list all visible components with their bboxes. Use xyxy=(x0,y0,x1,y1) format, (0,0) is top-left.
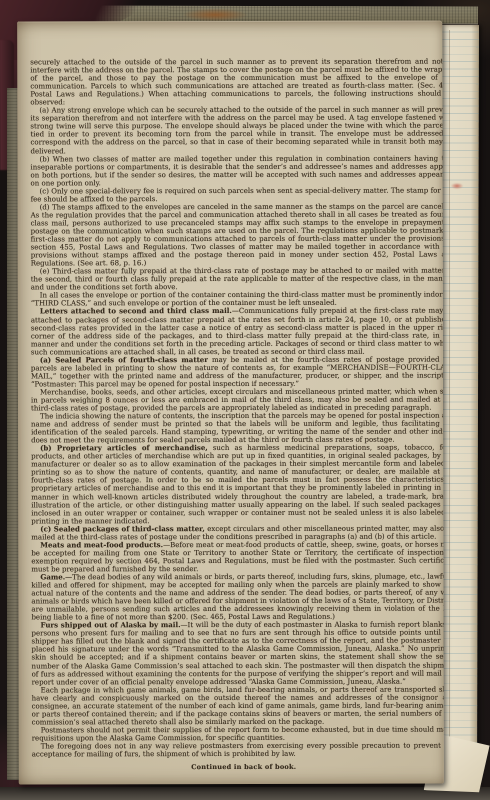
paragraph: securely attached to the outside of the … xyxy=(30,58,444,107)
paragraph: (a) Sealed Parcels of fourth-class matte… xyxy=(31,355,444,388)
paragraph: (b) Proprietary articles of merchandise,… xyxy=(31,444,444,525)
paragraph-lead: (a) Sealed Parcels of fourth-class matte… xyxy=(40,355,208,364)
paragraph: (c) Sealed packages of third-class matte… xyxy=(31,524,444,541)
paragraph-body: The indicia showing the nature of conten… xyxy=(31,412,444,445)
paragraph: The indicia showing the nature of conten… xyxy=(31,412,444,445)
paragraph: (b) When two classes of matter are maile… xyxy=(30,154,443,187)
paragraph: Merchandise, books, seeds, and other art… xyxy=(31,387,444,412)
paragraph: Letters attached to second and third cla… xyxy=(31,307,444,356)
page-text: securely attached to the outside of the … xyxy=(30,58,444,772)
paragraph: In all cases the envelope or portion of … xyxy=(31,291,444,308)
paragraph-body: (d) The stamps affixed to the envelopes … xyxy=(31,202,444,267)
paragraph-body: Merchandise, books, seeds, and other art… xyxy=(31,387,444,412)
paragraph-lead: (c) Sealed packages of third-class matte… xyxy=(40,524,205,533)
page-edge-crease xyxy=(449,30,450,778)
paragraph-body: The foregoing does not in any way reliev… xyxy=(32,742,444,759)
paragraph: Postmasters should not permit their supp… xyxy=(32,725,444,742)
document-page: securely attached to the outside of the … xyxy=(17,21,444,785)
paragraph: Furs shipped out of Alaska by mail.—It w… xyxy=(31,621,443,686)
paragraph-body: (a) Any strong envelope which can be sec… xyxy=(30,106,443,155)
paragraph-body: —The dead bodies of any wild animals or … xyxy=(31,573,443,622)
book-cover-bottom-edge xyxy=(0,787,490,800)
paragraph-lead: Letters attached to second and third cla… xyxy=(40,306,232,315)
paragraph-body: Each package in which game animals, game… xyxy=(32,685,444,726)
paragraph: Game.—The dead bodies of any wild animal… xyxy=(31,573,443,622)
paragraph-body: securely attached to the outside of the … xyxy=(30,58,444,107)
paragraph: (a) Any strong envelope which can be sec… xyxy=(30,106,443,155)
continued-footer: Continued in back of book. xyxy=(32,763,444,772)
paragraph: (e) Third-class matter fully prepaid at … xyxy=(31,267,444,292)
paragraph-body: (c) Only one special-delivery fee is req… xyxy=(31,186,444,203)
book-photo: securely attached to the outside of the … xyxy=(0,0,490,800)
paragraph-body: such as harmless medicinal preparations,… xyxy=(31,444,444,525)
paragraph-body: (b) When two classes of matter are maile… xyxy=(30,154,443,187)
paragraph: (d) The stamps affixed to the envelopes … xyxy=(31,202,444,267)
paragraph: Each package in which game animals, game… xyxy=(32,685,444,726)
paragraph: (c) Only one special-delivery fee is req… xyxy=(31,186,444,203)
paragraph-lead: Meats and meat-food products. xyxy=(40,540,163,549)
paragraph: Meats and meat-food products.—Before mea… xyxy=(31,540,444,573)
red-stain xyxy=(451,183,463,189)
paragraph-body: In all cases the envelope or portion of … xyxy=(31,291,444,308)
paragraph-body: Postmasters should not permit their supp… xyxy=(32,725,444,742)
paragraph-body: —It will be the duty of each postmaster … xyxy=(31,621,443,686)
paragraph-body: (e) Third-class matter fully prepaid at … xyxy=(31,267,444,292)
paragraph-lead: Game. xyxy=(40,572,65,581)
paragraph: The foregoing does not in any way reliev… xyxy=(32,742,444,759)
